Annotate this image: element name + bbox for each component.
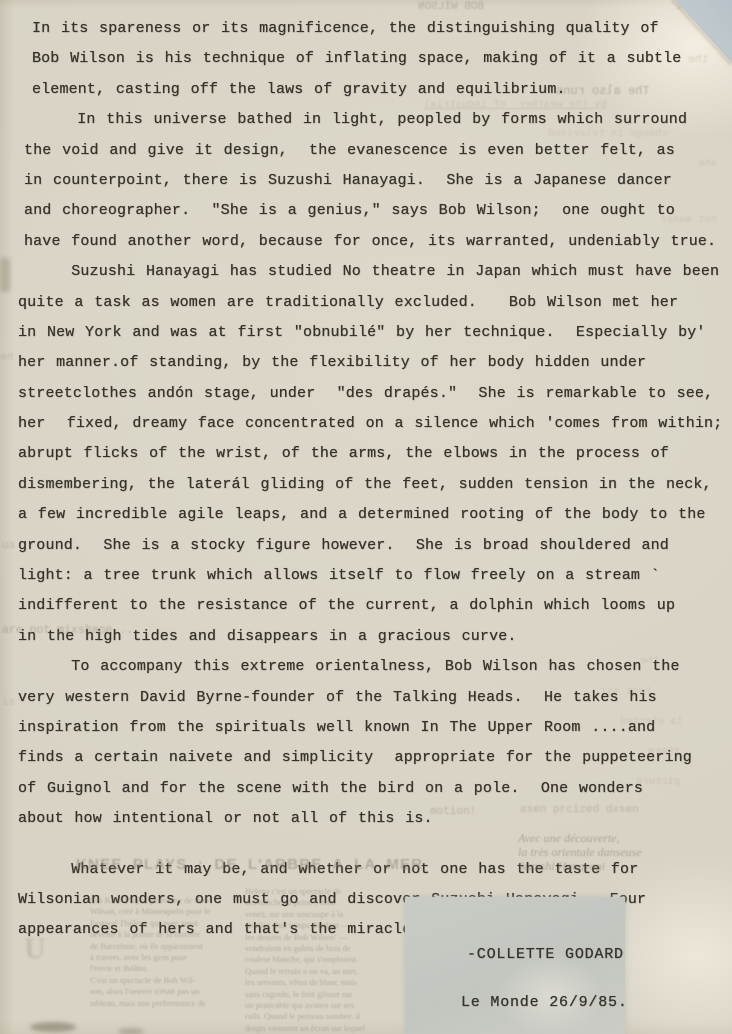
bleedthrough-fragment: by the weather of industrial (424, 99, 607, 111)
typed-line: a few incredible agile leaps, and a dete… (18, 500, 724, 530)
typed-line: Suzushi Hanayagi has studied No theatre … (18, 257, 724, 287)
newspaper-middle-column: Helena c'est un spectacle dedes affiches… (245, 886, 402, 1034)
ghost-line: les dessins de Bob Wilson' — (245, 932, 402, 943)
ghost-line: les servants, vêtus de blanc mais (245, 977, 402, 988)
ghost-line: Festival Théâtre, qui avec aussi (90, 918, 238, 929)
typed-line: light: a tree trunk which allows itself … (18, 561, 724, 591)
bleedthrough-fragment: heat sit (600, 686, 650, 698)
bleedthrough-fragment: net maner (660, 214, 717, 226)
ghost-line: son, alors l'oeuvre n'était pas un (90, 986, 238, 997)
caption-line: la très orientale danseuse (518, 845, 708, 859)
typed-line: and choreographer. "She is a genius," sa… (24, 196, 724, 226)
ghost-line: de Barcelone, où ils apparaissent (90, 941, 238, 952)
signature-line: -COLLETTE GODARD (467, 946, 624, 963)
typed-line: dismembering, the laterál gliding of the… (18, 470, 724, 500)
ghost-line: des affiches à peine ; mais (245, 897, 402, 908)
typed-line: inspiration from the spirituals well kno… (18, 713, 724, 743)
bleedthrough-fragment: la elected (620, 716, 683, 728)
bleedthrough-fragment: change in televised (548, 128, 668, 140)
typed-line: To accompany this extreme orientalness, … (18, 652, 724, 682)
ghost-line: doigts viennent un écran sur lequel (245, 1023, 402, 1034)
ghost-line: Les Knee Plays, quatrième de Bob (90, 895, 238, 906)
ghost-line: devenir à la pointe de la histoire (90, 929, 238, 940)
source-line: Le Monde 26/9/85. (461, 994, 628, 1011)
ghost-line: à travers, avec les gens pour (90, 952, 238, 963)
typed-paragraph: Suzushi Hanayagi has studied No theatre … (18, 257, 724, 652)
typed-line: indifferent to the resistance of the cur… (18, 591, 724, 621)
bleedthrough-fragment: asen prcized dxsen (520, 804, 639, 816)
caption-line: Suzushi Hanayagi (518, 859, 708, 873)
typed-line: in New York and was at first "obnubilé" … (18, 318, 724, 348)
typed-line: ground. She is a stocky figure however. … (18, 531, 724, 561)
ghost-line: C'est un spectacle de Bob Wil- (90, 975, 238, 986)
paper-sheet: KNEE PLAYS : DE L'ARBRE A LA MER U Les K… (0, 0, 732, 1034)
ghost-line: venez, sur une soucoupe à la (245, 909, 402, 920)
edge-smudge (30, 1022, 76, 1032)
typed-line: in counterpoint, there is Suzushi Hanaya… (24, 166, 724, 196)
typed-line: finds a certain naivete and simplicity a… (18, 743, 724, 773)
newspaper-headline: KNEE PLAYS : DE L'ARBRE A LA MER (76, 856, 416, 873)
bleedthrough-fragment: the (688, 54, 708, 66)
newspaper-photo-caption: Avec une découverte,la très orientale da… (518, 831, 708, 873)
typed-line: In its spareness or its magnificence, th… (32, 14, 724, 44)
typed-line: the void and give it design, the evanesc… (24, 136, 724, 166)
typed-line: her manner.of standing, by the flexibili… (18, 348, 724, 378)
ghost-line: Wilson, créé à Minneapolis pour le (90, 906, 238, 917)
bleedthrough-fragment: the (640, 655, 659, 667)
ghost-line: rails. Quand le perseau sombre, il (245, 1011, 402, 1022)
typed-line: her fixed, dreamy face concentrated on a… (18, 409, 724, 439)
bleedthrough-fragment: ua (2, 540, 15, 552)
typed-line: quite a task as women are traditionally … (18, 288, 724, 318)
typed-line: of Guignol and for the scene with the bi… (18, 774, 724, 804)
bleedthrough-fragment: he (0, 352, 13, 364)
bleedthrough-fragment: there (648, 746, 680, 758)
ghost-line: un praticable qui avance sur ses (245, 1000, 402, 1011)
bleedthrough-fragment: BOB WILSON (418, 1, 484, 13)
ghost-line: rivalise d'un temps d'enfant — (245, 920, 402, 931)
ghost-line: tableau, mais une performance de (90, 998, 238, 1009)
ghost-line: Helena c'est un spectacle de (245, 886, 402, 897)
typed-line: have found another word, because for onc… (24, 227, 724, 257)
typed-line: abrupt flicks of the wrist, of the arms,… (18, 439, 724, 469)
typed-line: Bob Wilson is his technique of inflating… (32, 44, 724, 74)
bleedthrough-fragment: are not mixshape ... (2, 624, 140, 637)
newspaper-left-column: Les Knee Plays, quatrième de BobWilson, … (90, 895, 238, 1009)
typed-line: streetclothes andón stage, under "des dr… (18, 379, 724, 409)
bleedthrough-fragment: she (698, 158, 717, 170)
edge-smudge (118, 1028, 144, 1034)
bleedthrough-fragment: motion! (430, 806, 476, 818)
scanned-page: KNEE PLAYS : DE L'ARBRE A LA MER U Les K… (0, 0, 732, 1034)
ghost-line: sans cagoule, le font glisser sur (245, 989, 402, 1000)
ghost-line: Quand le terrain a on va, au mer, (245, 966, 402, 977)
ghost-line: l'envie et théâtre. (90, 963, 238, 974)
ghost-line: vendraient en galets de bois de (245, 943, 402, 954)
ghost-line: couleur blanche, qui s'emploient. (245, 954, 402, 965)
newspaper-drop-cap: U (24, 932, 46, 966)
photo-bleedthrough-block (405, 897, 625, 1034)
bleedthrough-fragment: The also runs (556, 84, 650, 98)
caption-line: Avec une découverte, (518, 831, 708, 845)
bleedthrough-fragment: is (2, 697, 15, 709)
bleedthrough-fragment: picture (636, 776, 680, 788)
edge-smudge (0, 258, 10, 292)
